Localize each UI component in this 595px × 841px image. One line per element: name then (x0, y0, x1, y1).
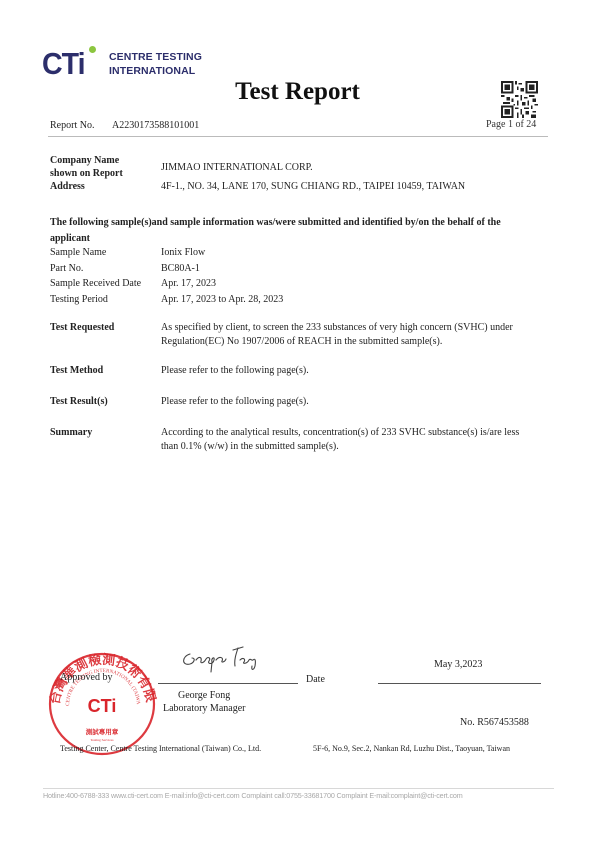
test-section-value: Please refer to the following page(s). (161, 364, 309, 378)
lab-address: 5F-6, No.9, Sec.2, Nankan Rd, Luzhu Dist… (313, 744, 510, 753)
lab-name: Testing Center, Centre Testing Internati… (60, 744, 261, 753)
footer-divider (43, 788, 554, 789)
test-section-line2: than 0.1% (w/w) in the submitted sample(… (161, 441, 339, 452)
company-name-label-line1: Company Name (50, 155, 119, 166)
test-section-value: According to the analytical results, con… (161, 426, 519, 454)
sample-intro-line2: applicant (50, 233, 90, 244)
date-value: May 3,2023 (434, 658, 482, 671)
signature-line (158, 683, 298, 684)
logo-text: CENTRE TESTING INTERNATIONAL (109, 50, 202, 78)
logo-dot (89, 46, 96, 53)
test-section-label: Test Result(s) (50, 395, 108, 408)
cti-logo: CTi CENTRE TESTING INTERNATIONAL (42, 42, 202, 82)
company-seal-stamp: 台灣華測檢測技術有限公司 CENTRE TESTING INTERNATIONA… (45, 648, 160, 756)
page-number: Page 1 of 24 (486, 119, 536, 130)
test-section-value: As specified by client, to screen the 23… (161, 321, 513, 349)
qr-code-icon (501, 81, 538, 118)
report-no-label: Report No. (50, 120, 94, 131)
logo-mark: CTi (42, 48, 85, 79)
sample-field-value: Ionix Flow (161, 246, 205, 259)
sample-field-label: Testing Period (50, 293, 108, 306)
test-section-line2: Regulation(EC) No 1907/2006 of REACH in … (161, 336, 442, 347)
company-name-value: JIMMAO INTERNATIONAL CORP. (161, 161, 313, 174)
test-section-label: Test Requested (50, 321, 114, 334)
address-value: 4F-1., NO. 34, LANE 170, SUNG CHIANG RD.… (161, 180, 465, 193)
header-divider (48, 136, 548, 137)
logo-line-2: INTERNATIONAL (109, 65, 195, 77)
seal-bottom-text: 測試專用章 (86, 727, 119, 736)
test-section-label: Summary (50, 426, 92, 439)
seal-center-logo: CTi (88, 696, 117, 716)
sample-field-value: BC80A-1 (161, 262, 200, 275)
logo-line-1: CENTRE TESTING (109, 51, 202, 63)
signer-title: Laboratory Manager (163, 702, 245, 715)
test-section-value: Please refer to the following page(s). (161, 395, 309, 409)
company-name-label: Company Name shown on Report (50, 154, 123, 180)
certificate-number: No. R567453588 (460, 716, 529, 729)
sample-field-label: Sample Received Date (50, 277, 141, 290)
signer-name: George Fong (178, 689, 230, 702)
footer-contact: Hotline:400-6788-333 www.cti-cert.com E-… (43, 791, 554, 800)
sample-field-value: Apr. 17, 2023 (161, 277, 216, 290)
report-no-value: A2230173588101001 (112, 120, 199, 131)
test-section-label: Test Method (50, 364, 103, 377)
test-section-line1: According to the analytical results, con… (161, 427, 519, 438)
approved-by-label: Approved by (60, 671, 113, 684)
sample-intro-line1: The following sample(s)and sample inform… (50, 217, 501, 228)
company-name-label-line2: shown on Report (50, 168, 123, 179)
seal-bottom-small: Testing Services (91, 738, 115, 742)
address-label: Address (50, 180, 85, 193)
sample-intro: The following sample(s)and sample inform… (50, 216, 501, 249)
test-section-line1: As specified by client, to screen the 23… (161, 322, 513, 333)
sample-field-label: Sample Name (50, 246, 106, 259)
sample-field-value: Apr. 17, 2023 to Apr. 28, 2023 (161, 293, 283, 306)
date-label: Date (306, 673, 325, 686)
test-section-line1: Please refer to the following page(s). (161, 396, 309, 407)
date-line (378, 683, 541, 684)
test-section-line1: Please refer to the following page(s). (161, 365, 309, 376)
signature-image (178, 644, 263, 674)
sample-field-label: Part No. (50, 262, 83, 275)
